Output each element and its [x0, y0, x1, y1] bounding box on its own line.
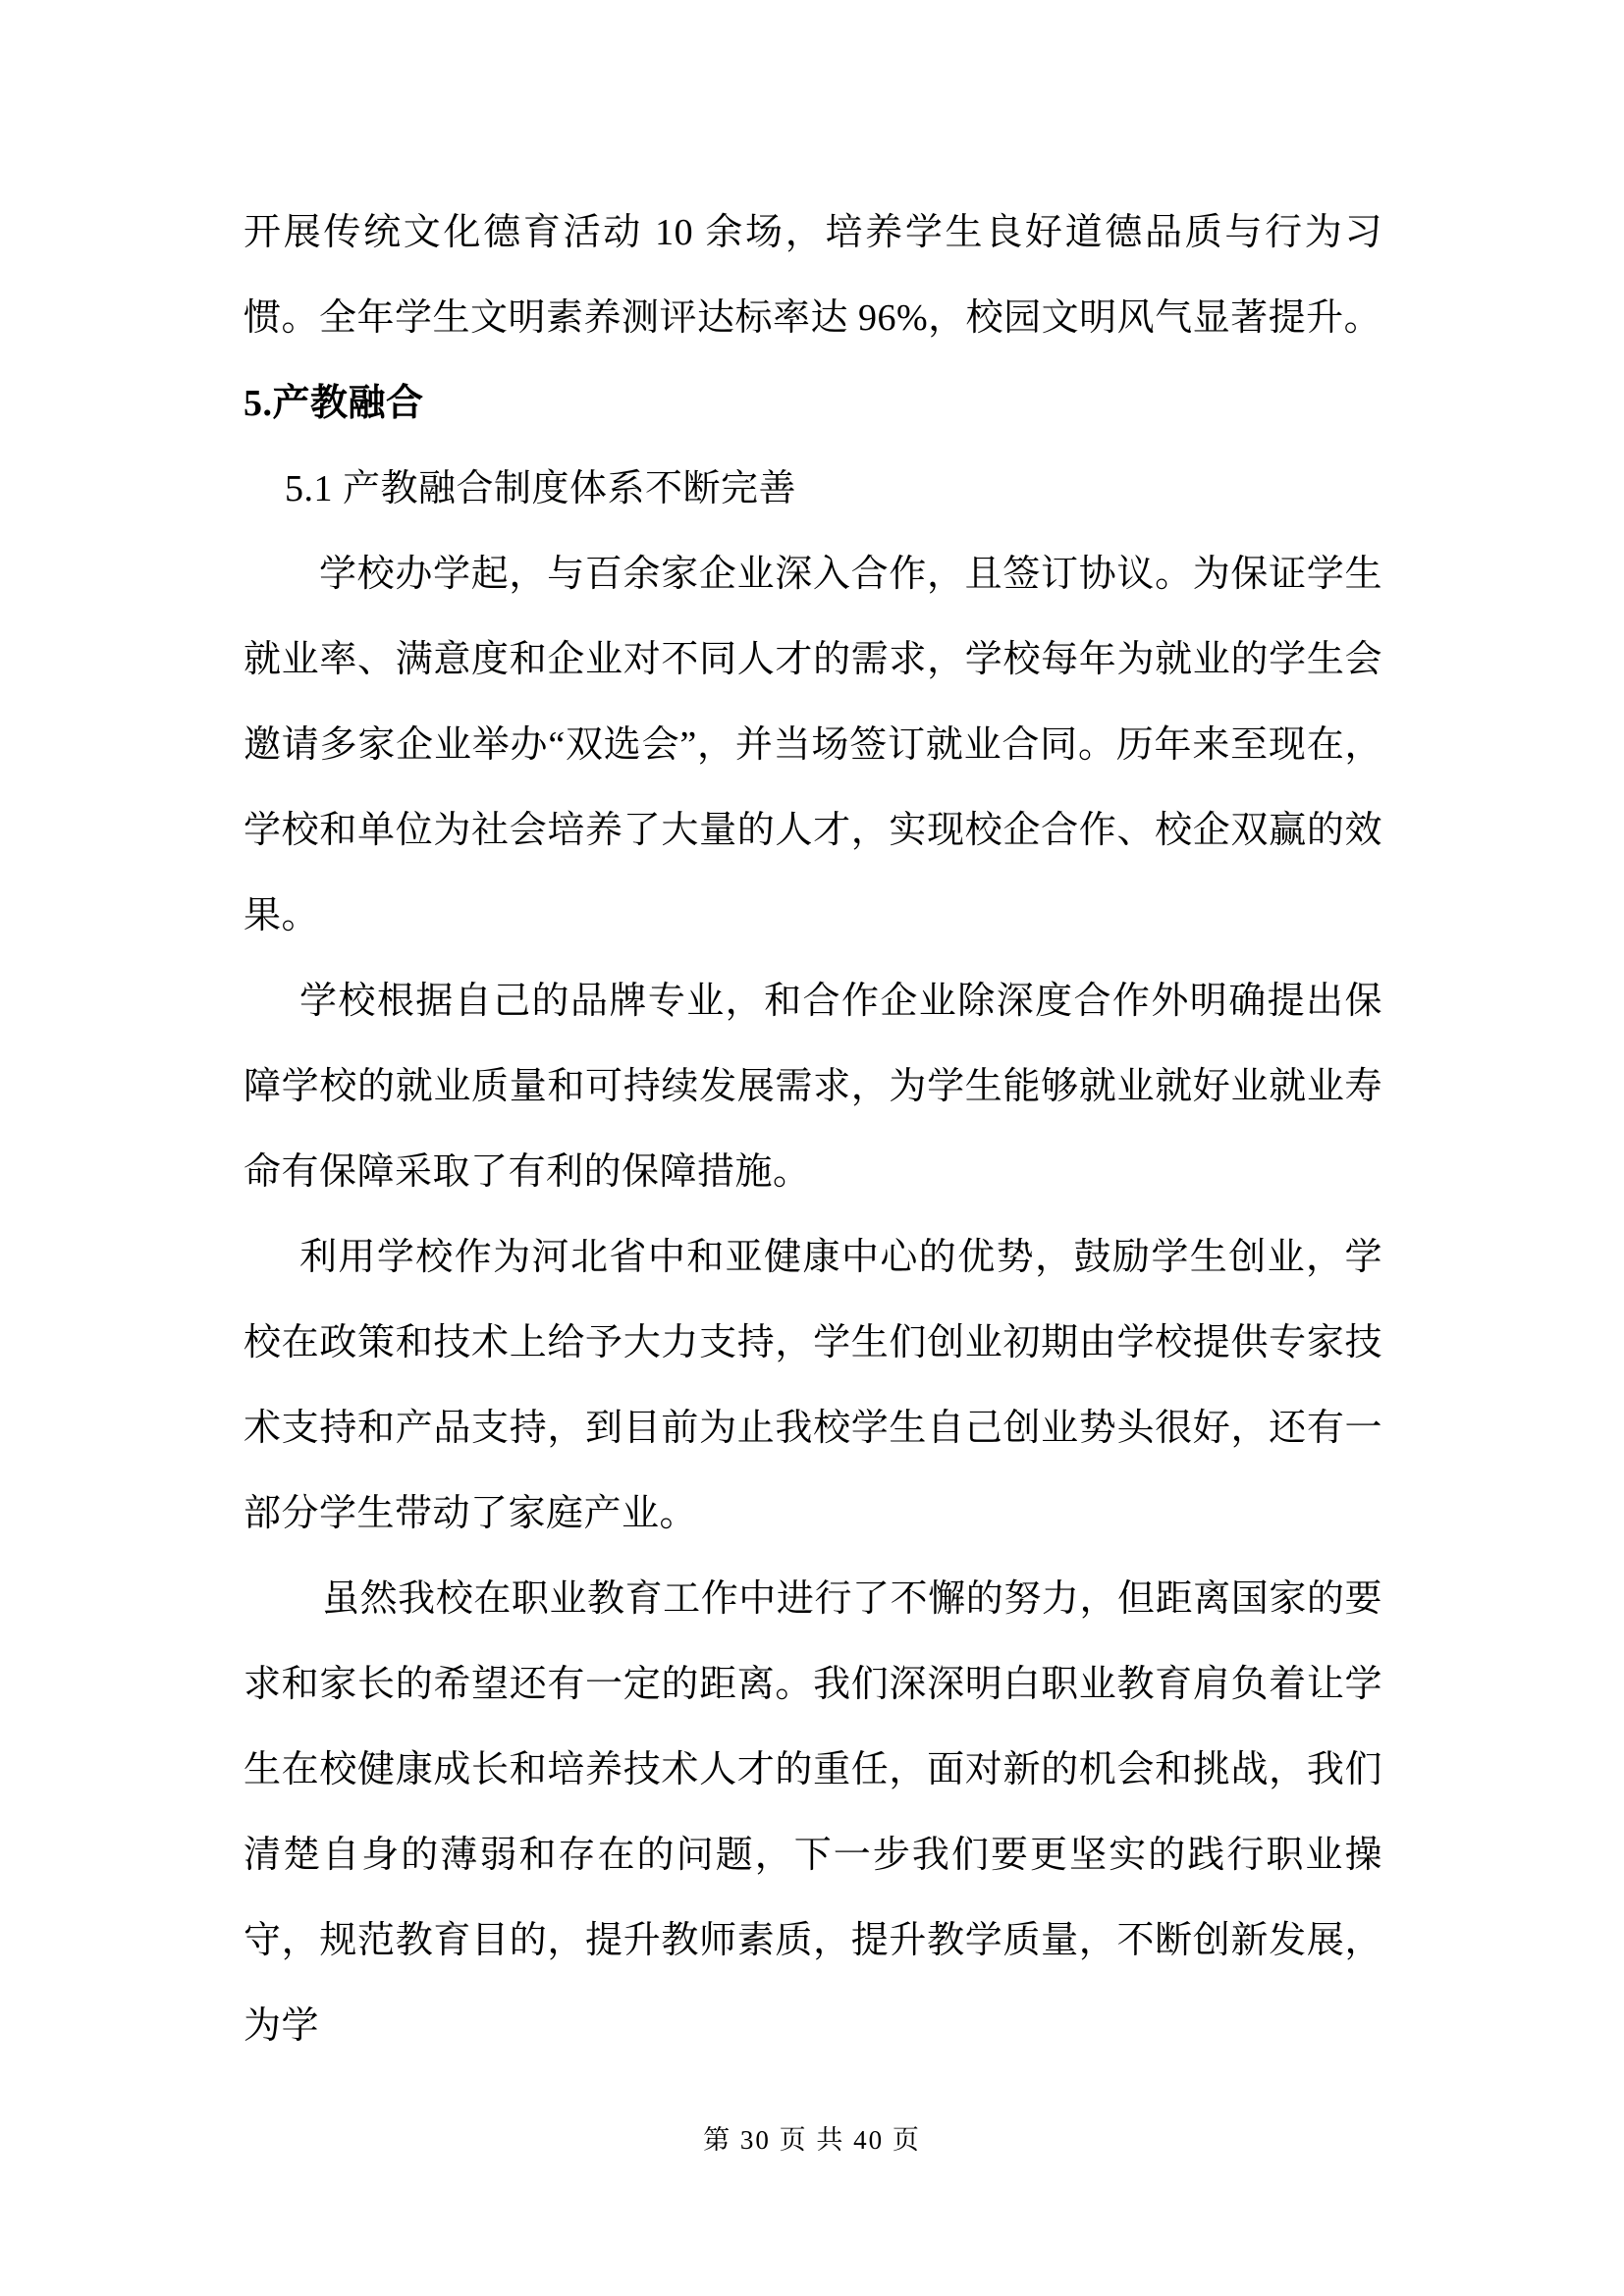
page-number-label: 第 30 页 共 40 页 — [703, 2125, 921, 2155]
paragraph-continuation: 开展传统文化德育活动 10 余场，培养学生良好道德品质与行为习惯。全年学生文明素… — [244, 190, 1382, 361]
document-page: 开展传统文化德育活动 10 余场，培养学生良好道德品质与行为习惯。全年学生文明素… — [0, 0, 1624, 2296]
page-footer: 第 30 页 共 40 页 — [0, 2118, 1624, 2162]
paragraph-student-entrepreneurship: 利用学校作为河北省中和亚健康中心的优势，鼓励学生创业，学校在政策和技术上给予大力… — [244, 1215, 1382, 1557]
page-body-text: 开展传统文化德育活动 10 余场，培养学生良好道德品质与行为习惯。全年学生文明素… — [244, 190, 1382, 2069]
paragraph-school-cooperation: 学校办学起，与百余家企业深入合作，且签订协议。为保证学生就业率、满意度和企业对不… — [244, 532, 1382, 959]
paragraph-brand-majors: 学校根据自己的品牌专业，和合作企业除深度合作外明确提出保障学校的就业质量和可持续… — [244, 959, 1382, 1215]
subsection-heading: 5.1 产教融合制度体系不断完善 — [244, 447, 1382, 532]
paragraph-vocational-outlook: 虽然我校在职业教育工作中进行了不懈的努力，但距离国家的要求和家长的希望还有一定的… — [244, 1557, 1382, 2069]
section-heading: 5.产教融合 — [244, 361, 1382, 447]
